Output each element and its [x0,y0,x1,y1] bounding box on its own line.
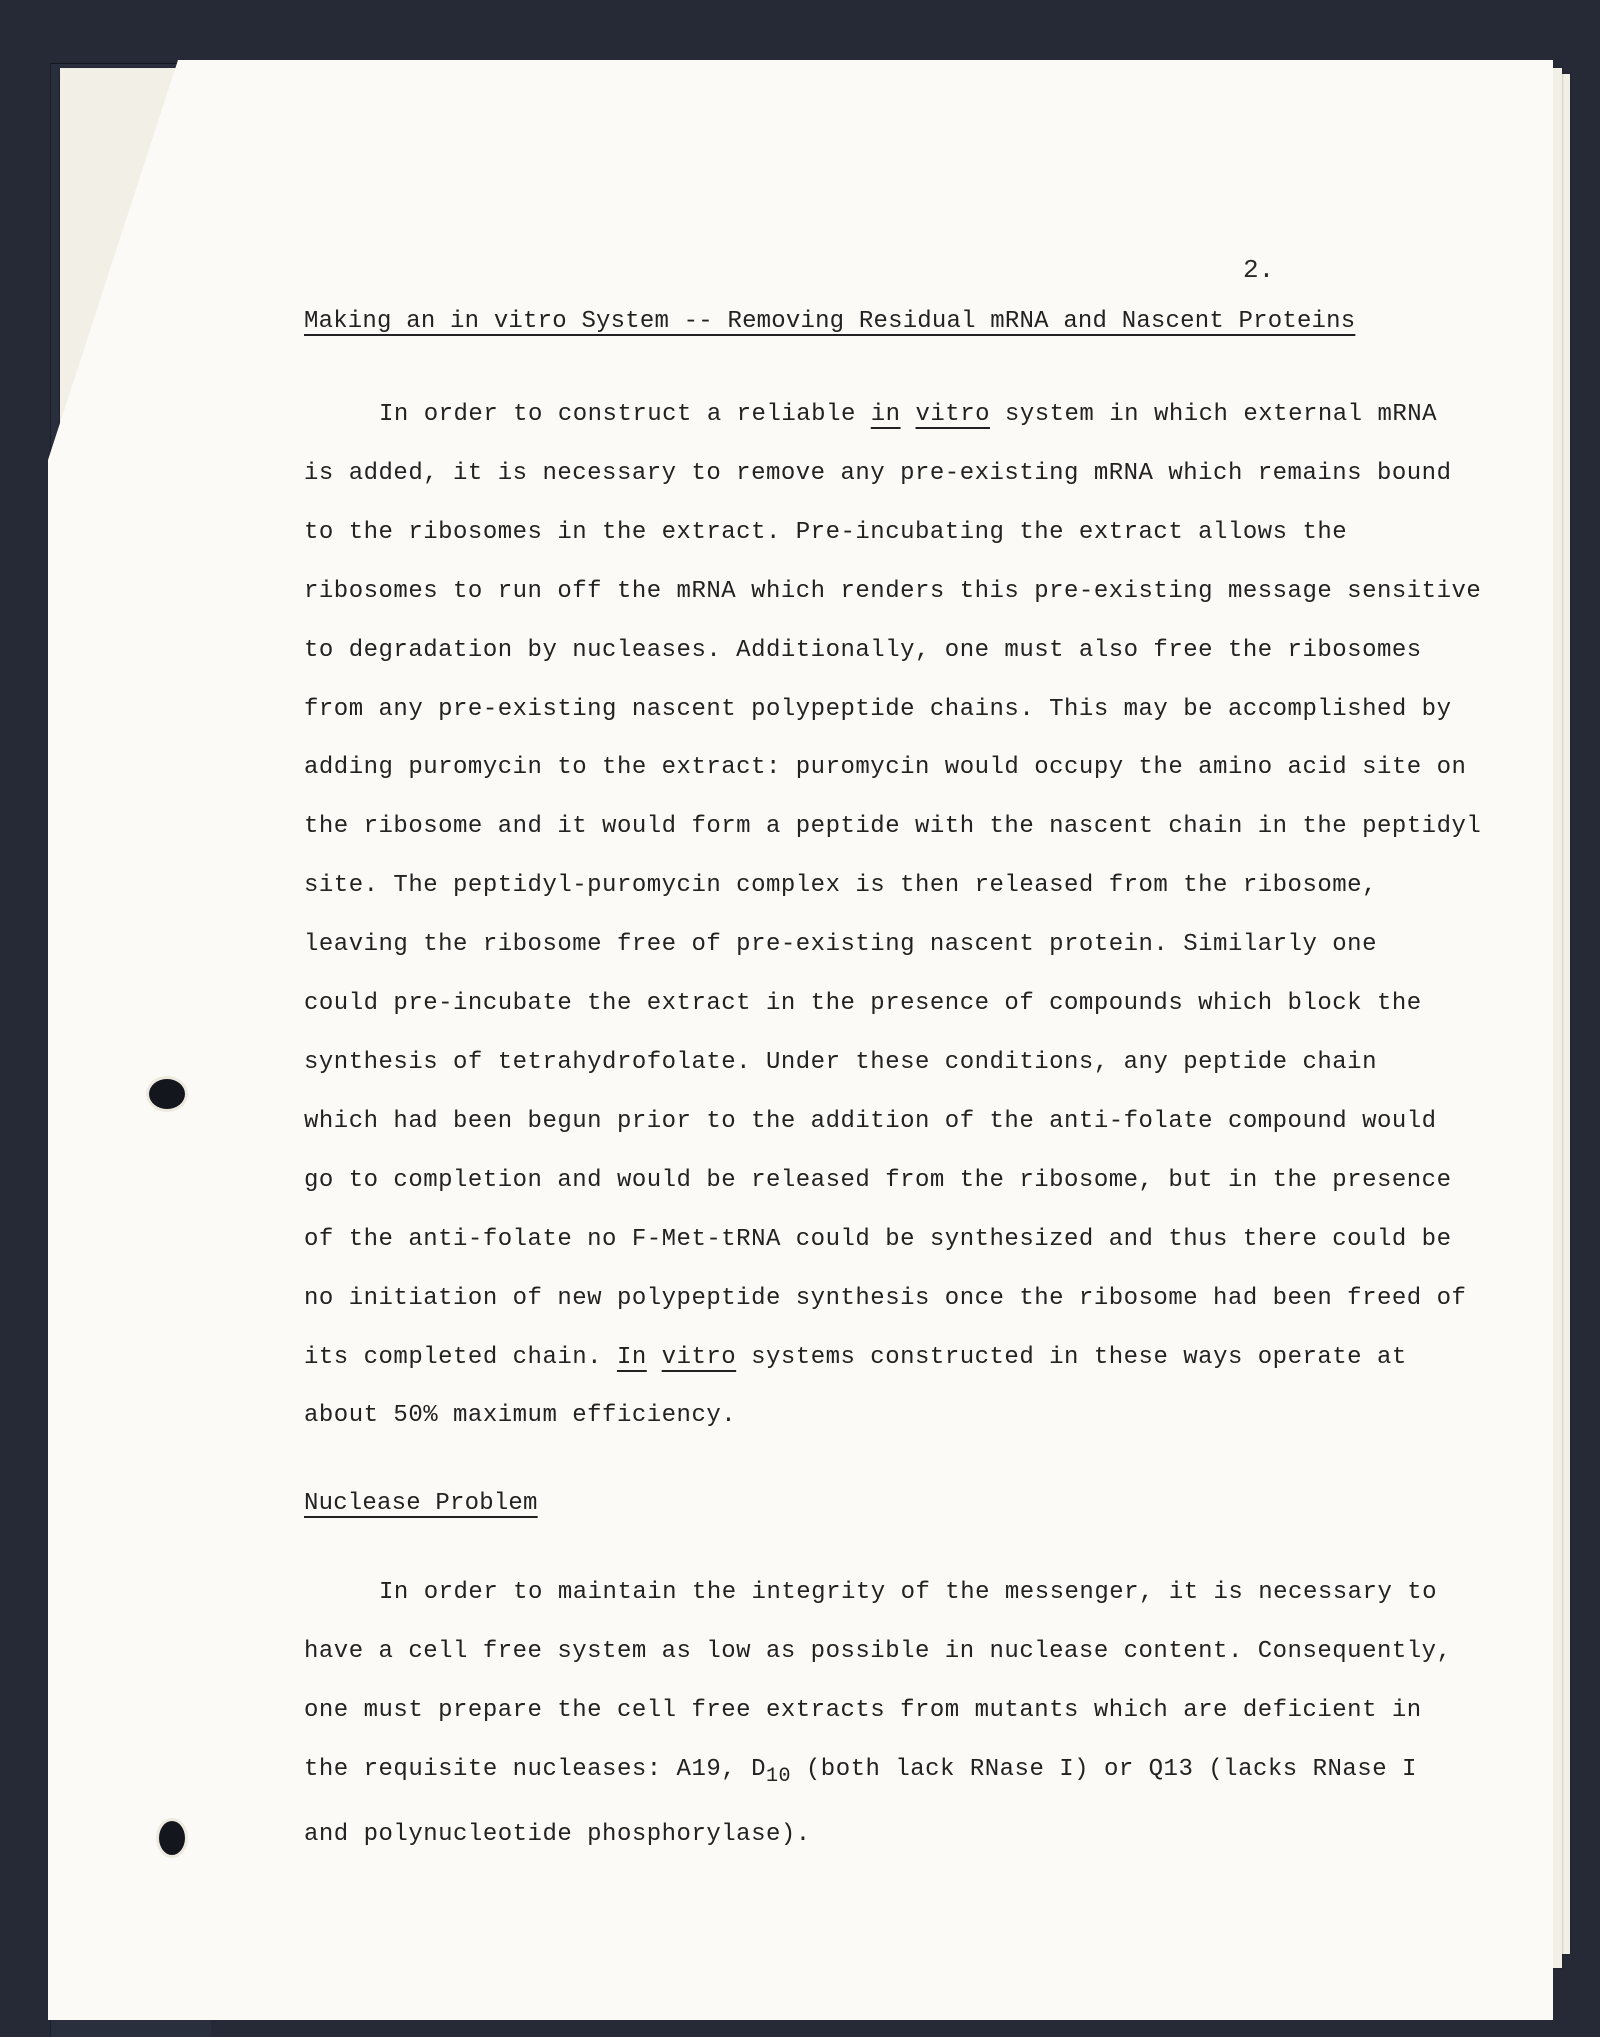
paragraph-nuclease-problem: In order to maintain the integrity of th… [304,1564,1464,1865]
text-line: could pre-incubate the extract in the pr… [304,975,1464,1034]
text-line: the ribosome and it would form a peptide… [304,798,1464,857]
text-line: In order to construct a reliable in vitr… [304,386,1464,445]
text-line: one must prepare the cell free extracts … [304,1682,1464,1741]
text-line: from any pre-existing nascent polypeptid… [304,681,1464,740]
section-heading: Making an in vitro System -- Removing Re… [304,308,1355,335]
text-line: the requisite nucleases: A19, D10 (both … [304,1741,1464,1807]
text-line: adding puromycin to the extract: puromyc… [304,739,1464,798]
document-page: 2. Making an in vitro System -- Removing… [48,60,1553,2020]
paragraph-in-vitro-system: In order to construct a reliable in vitr… [304,386,1464,1446]
text-line: which had been begun prior to the additi… [304,1093,1464,1152]
text-line: to the ribosomes in the extract. Pre-inc… [304,504,1464,563]
punch-hole [156,1818,188,1858]
punch-hole [146,1076,188,1112]
text-line: its completed chain. In vitro systems co… [304,1329,1464,1388]
text-line: of the anti-folate no F-Met-tRNA could b… [304,1211,1464,1270]
text-line: go to completion and would be released f… [304,1152,1464,1211]
text-line: is added, it is necessary to remove any … [304,445,1464,504]
text-line: to degradation by nucleases. Additionall… [304,622,1464,681]
text-line: leaving the ribosome free of pre-existin… [304,916,1464,975]
text-line: and polynucleotide phosphorylase). [304,1806,1464,1865]
page-number: 2. [1243,255,1274,285]
text-line: site. The peptidyl-puromycin complex is … [304,857,1464,916]
text-line: have a cell free system as low as possib… [304,1623,1464,1682]
text-line: In order to maintain the integrity of th… [304,1564,1464,1623]
section-heading: Nuclease Problem [304,1490,538,1517]
text-line: ribosomes to run off the mRNA which rend… [304,563,1464,622]
text-line: synthesis of tetrahydrofolate. Under the… [304,1034,1464,1093]
text-line: no initiation of new polypeptide synthes… [304,1270,1464,1329]
text-line: about 50% maximum efficiency. [304,1387,1464,1446]
